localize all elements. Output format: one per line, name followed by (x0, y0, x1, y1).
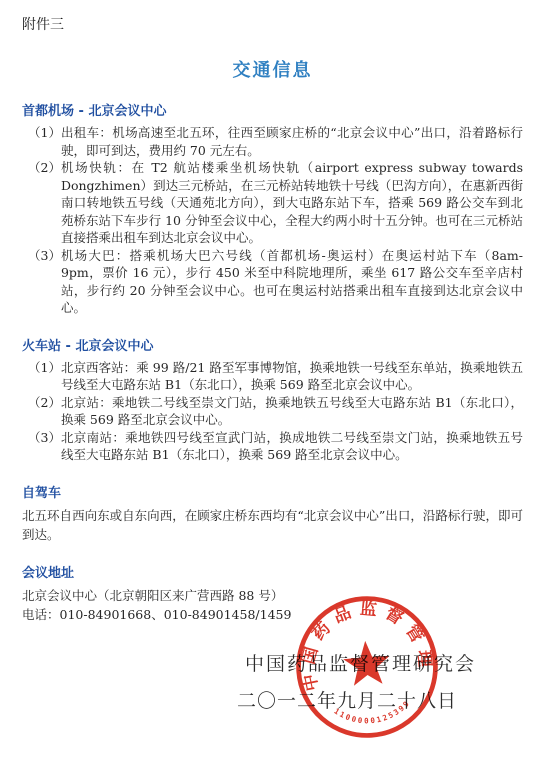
venue-phone: 电话：010-84901668、010-84901458/1459 (22, 605, 523, 624)
section-heading-airport: 首都机场 - 北京会议中心 (22, 100, 523, 119)
item-text: 北京站：乘地铁二号线至崇文门站，换乘地铁五号线至大屯路东站 B1（东北口），换乘… (61, 394, 523, 429)
railway-item-list: （1） 北京西客站：乘 99 路/21 路至军事博物馆，换乘地铁一号线至东单站，… (22, 359, 523, 464)
item-number: （3） (28, 247, 61, 317)
document-page: 附件三 交通信息 首都机场 - 北京会议中心 （1） 出租车：机场高速至北五环，… (0, 0, 547, 768)
page-title: 交通信息 (22, 56, 523, 82)
selfdrive-text: 北五环自西向东或自东向西，在顾家庄桥东西均有“北京会议中心”出口，沿路标行驶，即… (22, 506, 523, 544)
section-heading-address: 会议地址 (22, 562, 523, 581)
item-number: （1） (28, 359, 61, 394)
item-number: （2） (28, 394, 61, 429)
section-selfdrive: 自驾车 北五环自西向东或自东向西，在顾家庄桥东西均有“北京会议中心”出口，沿路标… (22, 482, 523, 544)
document-content: 附件三 交通信息 首都机场 - 北京会议中心 （1） 出租车：机场高速至北五环，… (0, 0, 547, 624)
stamp-serial-number: 1100000125399 (332, 697, 414, 727)
item-text: 北京南站：乘地铁四号线至宣武门站，换成地铁二号线至崇文门站，换乘地铁五号线至大屯… (61, 429, 523, 464)
stamp-star-icon (342, 639, 391, 686)
list-item: （3） 北京南站：乘地铁四号线至宣武门站，换成地铁二号线至崇文门站，换乘地铁五号… (28, 429, 523, 464)
list-item: （1） 出租车：机场高速至北五环，往西至顾家庄桥的“北京会议中心”出口，沿着路标… (28, 124, 523, 159)
section-railway: 火车站 - 北京会议中心 （1） 北京西客站：乘 99 路/21 路至军事博物馆… (22, 335, 523, 464)
list-item: （1） 北京西客站：乘 99 路/21 路至军事博物馆，换乘地铁一号线至东单站，… (28, 359, 523, 394)
item-text: 北京西客站：乘 99 路/21 路至军事博物馆，换乘地铁一号线至东单站，换乘地铁… (61, 359, 523, 394)
item-number: （1） (28, 124, 61, 159)
attachment-label: 附件三 (22, 14, 523, 34)
list-item: （2） 机场快轨：在 T2 航站楼乘坐机场快轨（airport express … (28, 159, 523, 247)
list-item: （3） 机场大巴：搭乘机场大巴六号线（首都机场-奥运村）在奥运村站下车（8am-… (28, 247, 523, 317)
airport-item-list: （1） 出租车：机场高速至北五环，往西至顾家庄桥的“北京会议中心”出口，沿着路标… (22, 124, 523, 317)
svg-text:1100000125399: 1100000125399 (332, 697, 414, 727)
item-text: 机场大巴：搭乘机场大巴六号线（首都机场-奥运村）在奥运村站下车（8am-9pm，… (61, 247, 523, 317)
item-number: （3） (28, 429, 61, 464)
item-number: （2） (28, 159, 61, 247)
item-text: 机场快轨：在 T2 航站楼乘坐机场快轨（airport express subw… (61, 159, 523, 247)
section-address: 会议地址 北京会议中心（北京朝阳区来广营西路 88 号） 电话：010-8490… (22, 562, 523, 624)
section-heading-selfdrive: 自驾车 (22, 482, 523, 501)
list-item: （2） 北京站：乘地铁二号线至崇文门站，换乘地铁五号线至大屯路东站 B1（东北口… (28, 394, 523, 429)
venue-address: 北京会议中心（北京朝阳区来广营西路 88 号） (22, 586, 523, 605)
item-text: 出租车：机场高速至北五环，往西至顾家庄桥的“北京会议中心”出口，沿着路标行驶，即… (61, 124, 523, 159)
section-airport: 首都机场 - 北京会议中心 （1） 出租车：机场高速至北五环，往西至顾家庄桥的“… (22, 100, 523, 317)
official-stamp-icon: 中国药品监督管理研究会 1100000125399 (287, 587, 447, 747)
section-heading-railway: 火车站 - 北京会议中心 (22, 335, 523, 354)
